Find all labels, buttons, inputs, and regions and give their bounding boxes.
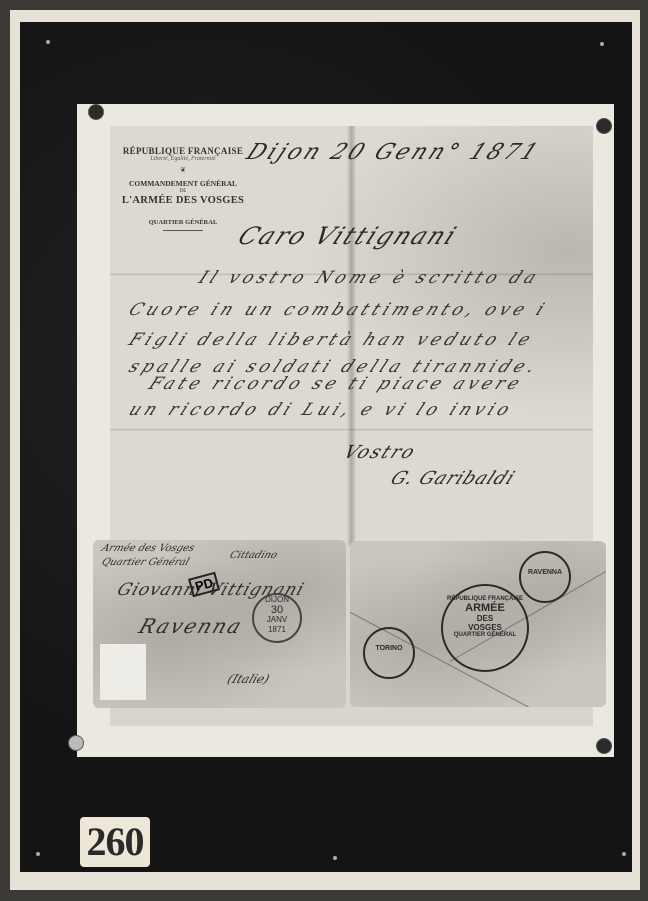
envelope-city: Ravenna bbox=[136, 614, 247, 638]
tack-mark bbox=[333, 856, 337, 860]
letterhead-hq: QUARTIER GÉNÉRAL bbox=[118, 219, 248, 226]
envelope-addressee-title: Cittadino bbox=[228, 550, 279, 561]
corner-mount-icon bbox=[596, 118, 612, 134]
postmark-text: RAVENNA bbox=[521, 569, 569, 576]
torino-postmark: TORINO bbox=[363, 627, 415, 679]
tack-mark bbox=[622, 852, 626, 856]
letter-dateline: Dijon 20 Genn° 1871 bbox=[242, 140, 544, 165]
letterhead-emblem-icon: ❦ bbox=[118, 166, 248, 174]
postmark-month: JANV bbox=[254, 615, 300, 625]
envelope-sender-line1: Armée des Vosges bbox=[100, 543, 196, 554]
postmark-day: 30 bbox=[254, 605, 300, 615]
seal-bottom-text: QUARTIER GÉNÉRAL bbox=[443, 632, 527, 638]
letter-closing: Vostro bbox=[340, 442, 420, 463]
letterhead-rule bbox=[163, 230, 203, 231]
corner-mount-icon bbox=[88, 104, 104, 120]
letterhead-republic: RÉPUBLIQUE FRANÇAISE bbox=[118, 146, 248, 156]
corner-mount-icon bbox=[68, 735, 84, 751]
letter-body-line: un ricordo di Lui, e vi lo invio bbox=[125, 400, 516, 420]
letter-body-line: Fate ricordo se ti piace avere bbox=[145, 374, 527, 394]
letterhead: RÉPUBLIQUE FRANÇAISE Liberté, Égalité, F… bbox=[118, 146, 248, 235]
letterhead-command: COMMANDEMENT GÉNÉRAL bbox=[118, 180, 248, 189]
letterhead-army: L'ARMÉE DES VOSGES bbox=[118, 195, 248, 207]
dijon-postmark: DIJON 30 JANV 1871 bbox=[252, 593, 302, 643]
seal-inner-text: ARMÉE bbox=[443, 602, 527, 614]
tack-mark bbox=[600, 42, 604, 46]
army-seal-stamp: RÉPUBLIQUE FRANÇAISE ARMÉE DES VOSGES QU… bbox=[441, 584, 529, 672]
catalog-number-label: 260 bbox=[80, 817, 150, 867]
letter-signature: G. Garibaldi bbox=[387, 468, 519, 489]
torn-patch bbox=[100, 644, 146, 700]
letter-salutation: Caro Vittignani bbox=[233, 222, 462, 250]
corner-mount-icon bbox=[596, 738, 612, 754]
tack-mark bbox=[46, 40, 50, 44]
letter-body-line: Cuore in un combattimento, ove i bbox=[125, 300, 551, 320]
ravenna-postmark: RAVENNA bbox=[519, 551, 571, 603]
postmark-year: 1871 bbox=[254, 625, 300, 635]
envelope-sender-line2: Quartier Général bbox=[100, 557, 191, 568]
letterhead-motto: Liberté, Égalité, Fraternité bbox=[118, 156, 248, 163]
seal-inner-text: DES bbox=[443, 614, 527, 623]
letter-body-line: Figli della libertà han veduto le bbox=[125, 330, 537, 350]
letter-body-line: Il vostro Nome è scritto da bbox=[195, 268, 543, 288]
postmark-text: TORINO bbox=[365, 645, 413, 652]
envelope-country: (Italie) bbox=[225, 672, 271, 686]
seal-inner-text: VOSGES bbox=[443, 623, 527, 632]
tack-mark bbox=[36, 852, 40, 856]
